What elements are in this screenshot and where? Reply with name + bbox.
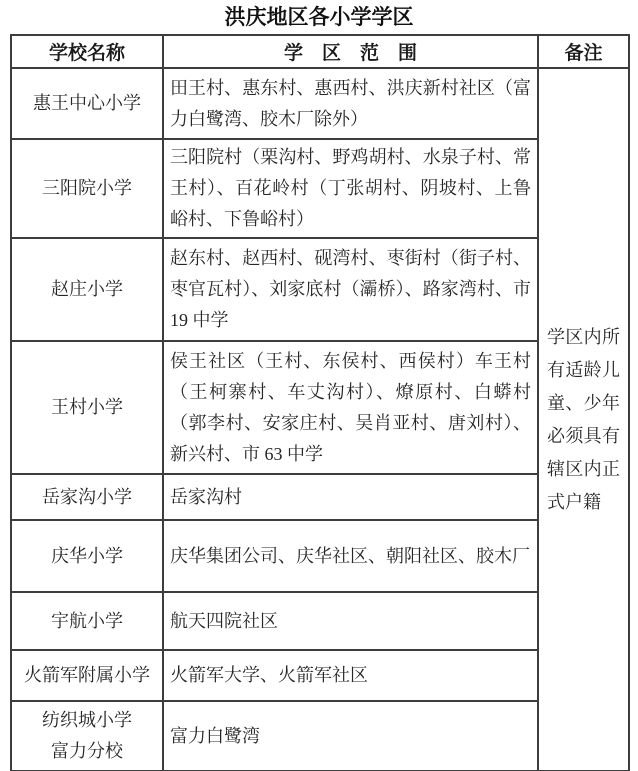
table-row: 宇航小学 航天四院社区 bbox=[11, 592, 629, 650]
district-range-cell: 火箭军大学、火箭军社区 bbox=[163, 650, 538, 701]
table-row: 纺织城小学 富力分校 富力白鹭湾 bbox=[11, 701, 629, 771]
school-name-cell: 纺织城小学 富力分校 bbox=[11, 701, 163, 771]
district-range-cell: 田王村、惠东村、惠西村、洪庆新村社区（富力白鹭湾、胶木厂除外） bbox=[163, 68, 538, 139]
school-name-cell: 宇航小学 bbox=[11, 592, 163, 650]
table-row: 赵庄小学 赵东村、赵西村、砚湾村、枣街村（街子村、枣官瓦村）、刘家底村（灞桥）、… bbox=[11, 238, 629, 341]
table-row: 三阳院小学 三阳院村（栗沟村、野鸡胡村、水泉子村、常王村）、百花岭村（丁张胡村、… bbox=[11, 139, 629, 238]
district-range-cell: 赵东村、赵西村、砚湾村、枣街村（街子村、枣官瓦村）、刘家底村（灞桥）、路家湾村、… bbox=[163, 238, 538, 341]
school-name-cell: 火箭军附属小学 bbox=[11, 650, 163, 701]
school-name-cell: 三阳院小学 bbox=[11, 139, 163, 238]
table-row: 火箭军附属小学 火箭军大学、火箭军社区 bbox=[11, 650, 629, 701]
school-name-cell: 庆华小学 bbox=[11, 520, 163, 592]
table-header-row: 学校名称 学 区 范 围 备注 bbox=[11, 35, 629, 68]
table-row: 庆华小学 庆华集团公司、庆华社区、朝阳社区、胶木厂 bbox=[11, 520, 629, 592]
school-district-table: 学校名称 学 区 范 围 备注 惠王中心小学 田王村、惠东村、惠西村、洪庆新村社… bbox=[10, 34, 630, 771]
district-range-cell: 岳家沟村 bbox=[163, 474, 538, 520]
page-title: 洪庆地区各小学学区 bbox=[10, 4, 628, 31]
district-range-cell: 庆华集团公司、庆华社区、朝阳社区、胶木厂 bbox=[163, 520, 538, 592]
header-district-range: 学 区 范 围 bbox=[163, 35, 538, 68]
school-name-cell: 王村小学 bbox=[11, 341, 163, 474]
school-name-cell: 惠王中心小学 bbox=[11, 68, 163, 139]
document-page: 洪庆地区各小学学区 学校名称 学 区 范 围 备注 惠王中心小学 田王村、惠东村… bbox=[0, 0, 638, 771]
header-school-name: 学校名称 bbox=[11, 35, 163, 68]
district-range-cell: 富力白鹭湾 bbox=[163, 701, 538, 771]
table-row: 岳家沟小学 岳家沟村 bbox=[11, 474, 629, 520]
header-remark: 备注 bbox=[538, 35, 629, 68]
district-range-cell: 航天四院社区 bbox=[163, 592, 538, 650]
district-range-cell: 三阳院村（栗沟村、野鸡胡村、水泉子村、常王村）、百花岭村（丁张胡村、阴坡村、上鲁… bbox=[163, 139, 538, 238]
remark-cell: 学区内所有适龄儿童、少年必须具有辖区内正式户籍 bbox=[538, 68, 629, 771]
school-name-cell: 赵庄小学 bbox=[11, 238, 163, 341]
district-range-cell: 侯王社区（王村、东侯村、西侯村）车王村（王柯寨村、车丈沟村）、燎原村、白蟒村（郭… bbox=[163, 341, 538, 474]
table-row: 王村小学 侯王社区（王村、东侯村、西侯村）车王村（王柯寨村、车丈沟村）、燎原村、… bbox=[11, 341, 629, 474]
table-row: 惠王中心小学 田王村、惠东村、惠西村、洪庆新村社区（富力白鹭湾、胶木厂除外） 学… bbox=[11, 68, 629, 139]
school-name-cell: 岳家沟小学 bbox=[11, 474, 163, 520]
